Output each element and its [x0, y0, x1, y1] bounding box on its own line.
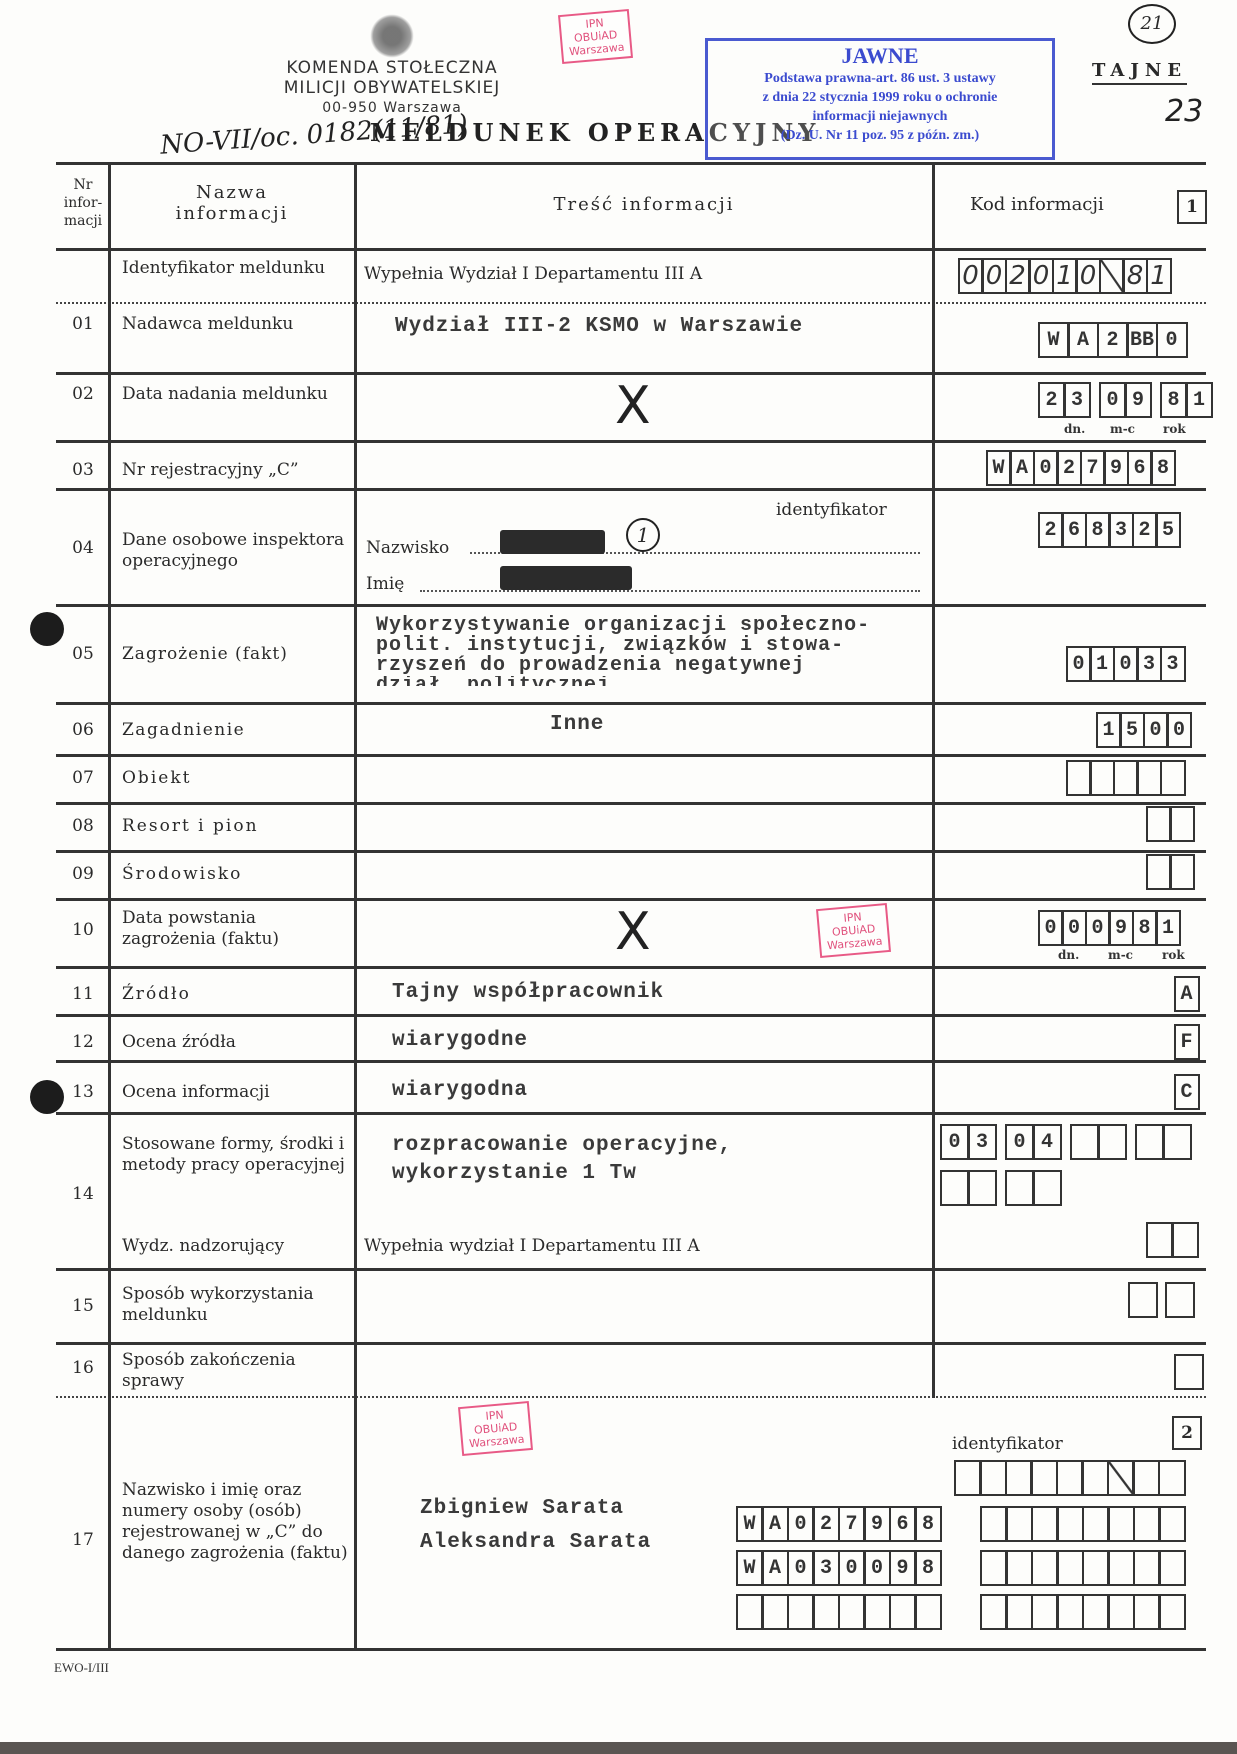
code-registration-nr: WA027968 — [988, 450, 1176, 486]
code-box: 1 — [1052, 258, 1078, 294]
code-box — [1056, 1550, 1084, 1586]
code-box — [979, 1460, 1007, 1496]
code-box: 7 — [838, 1506, 866, 1542]
code-box — [940, 1170, 970, 1206]
label-closure: Sposób zakończenia sprawy — [122, 1350, 352, 1392]
label-usage: Sposób wykorzystania meldunku — [122, 1284, 352, 1326]
code-box — [863, 1594, 891, 1630]
code-box — [1158, 1506, 1186, 1542]
code-box — [1005, 1506, 1033, 1542]
code-box: 2 — [1132, 512, 1158, 548]
code-box: 9 — [1103, 450, 1129, 486]
row-number: 05 — [58, 644, 108, 664]
content-supervising-dept: Wypełnia wydział I Departamentu III A — [364, 1236, 700, 1257]
code-box: 0 — [1143, 712, 1169, 748]
cross-mark-icon: X — [615, 906, 651, 958]
eagle-emblem-icon — [370, 14, 414, 58]
code-department — [1148, 806, 1195, 842]
month-label: m-c — [1110, 422, 1135, 436]
code-box: 5 — [1155, 512, 1181, 548]
label-issue: Zagadnienie — [122, 720, 352, 741]
code-box: 9 — [889, 1550, 917, 1586]
code-box: W — [736, 1550, 764, 1586]
day-label: dn. — [1064, 422, 1085, 436]
code-box — [1066, 760, 1092, 796]
code-box — [1056, 1506, 1084, 1542]
text-line: rzyszeń do prowadzenia negatywnej — [376, 656, 870, 676]
day-label: dn. — [1058, 948, 1079, 962]
punch-hole-icon — [30, 612, 64, 646]
row-number: 13 — [58, 1082, 108, 1102]
row-number: 08 — [58, 816, 108, 836]
year-label: rok — [1162, 948, 1185, 962]
code-box: 2 — [1056, 450, 1082, 486]
content-persons: Zbigniew Sarata Aleksandra Sarata — [420, 1492, 651, 1560]
code-box — [967, 1170, 997, 1206]
code-box — [1113, 760, 1139, 796]
code-box — [1160, 760, 1186, 796]
identifier-boxes — [956, 1460, 1186, 1496]
code-box — [889, 1594, 917, 1630]
code-box: C — [1174, 1074, 1200, 1110]
code-environment — [1148, 854, 1195, 890]
code-box — [1169, 806, 1195, 842]
code-box: 8 — [1085, 512, 1111, 548]
code-box: A — [761, 1550, 789, 1586]
content-info-rating: wiarygodna — [392, 1080, 528, 1102]
redacted-first-name — [500, 566, 632, 590]
row-number: 17 — [58, 1530, 108, 1550]
code-box — [1136, 760, 1162, 796]
code-box: 8 — [1150, 450, 1176, 486]
code-send-date: 230981 — [1040, 382, 1213, 418]
label-source-rating: Ocena źródła — [122, 1032, 352, 1053]
header-text: informacji — [110, 203, 354, 224]
code-box — [1056, 1594, 1084, 1630]
code-box: 0 — [958, 258, 984, 294]
code-box: 0 — [1166, 712, 1192, 748]
label-registration-nr: Nr rejestracyjny „C” — [122, 460, 352, 481]
label-sender: Nadawca meldunku — [122, 314, 352, 335]
form-code: EWO-I/III — [54, 1660, 109, 1676]
row-number: 06 — [58, 720, 108, 740]
header-content: Treść informacji — [356, 194, 932, 215]
code-box: 3 — [1160, 646, 1186, 682]
code-box — [1005, 1170, 1035, 1206]
row-number: 14 — [58, 1184, 108, 1204]
code-box — [1171, 1222, 1199, 1258]
label-threat: Zagrożenie (fakt) — [122, 644, 352, 665]
code-box — [761, 1594, 789, 1630]
code-box — [1107, 1550, 1135, 1586]
code-box — [1107, 1506, 1135, 1542]
stamp-line: (Dz. U. Nr 11 poz. 95 z późn. zm.) — [708, 126, 1052, 145]
code-box: F — [1174, 1024, 1200, 1060]
code-closure — [1176, 1354, 1204, 1390]
label-methods: Stosowane formy, środki i metody pracy o… — [122, 1134, 352, 1176]
code-box — [1133, 1594, 1161, 1630]
code-box — [838, 1594, 866, 1630]
stamp-line: Podstawa prawna-art. 86 ust. 3 ustawy — [708, 69, 1052, 88]
code-box: 3 — [967, 1124, 997, 1160]
code-methods: 0304 — [942, 1124, 1192, 1206]
agency-line: KOMENDA STOŁECZNA — [262, 58, 522, 78]
row-number: 12 — [58, 1032, 108, 1052]
row-number: 07 — [58, 768, 108, 788]
code-box — [1070, 1124, 1100, 1160]
row-number: 04 — [58, 538, 108, 558]
code-box — [1107, 1594, 1135, 1630]
code-box: 0 — [981, 258, 1007, 294]
code-box — [1082, 1594, 1110, 1630]
label-report-id: Identyfikator meldunku — [122, 258, 352, 279]
redacted-surname — [500, 530, 605, 554]
code-box — [1005, 1460, 1033, 1496]
label-registered-persons: Nazwisko i imię oraz numery osoby (osób)… — [122, 1480, 350, 1564]
label-environment: Środowisko — [122, 864, 352, 885]
header-text: Nr — [58, 176, 108, 194]
cross-mark-icon: X — [615, 380, 651, 432]
code-box: 6 — [1061, 512, 1087, 548]
code-box: BB — [1126, 322, 1158, 358]
month-label: m-c — [1108, 948, 1133, 962]
row-number: 03 — [58, 460, 108, 480]
code-box: 0 — [1028, 258, 1054, 294]
code-box — [1107, 1460, 1135, 1496]
circled-mark: 1 — [626, 518, 660, 552]
code-box: 8 — [1132, 910, 1158, 946]
code-box: 7 — [1080, 450, 1106, 486]
code-box: 0 — [863, 1550, 891, 1586]
code-supervising-dept — [1148, 1222, 1199, 1258]
label-source: Źródło — [122, 984, 352, 1005]
code-box: 2 — [812, 1506, 840, 1542]
label-info-rating: Ocena informacji — [122, 1082, 352, 1103]
text-line: Wykorzystywanie organizacji społeczno- — [376, 616, 870, 636]
identifier-label: identyfikator — [776, 500, 887, 521]
label-send-date: Data nadania meldunku — [122, 384, 352, 405]
identifier-label: identyfikator — [952, 1434, 1063, 1455]
code-box: 8 — [1160, 382, 1188, 418]
code-box: W — [736, 1506, 764, 1542]
first-name-label: Imię — [366, 574, 404, 595]
code-inspector: 268325 — [1040, 512, 1181, 548]
identifier-number-boxes — [982, 1506, 1186, 1638]
stamp-title: JAWNE — [708, 43, 1052, 69]
code-box: 9 — [1108, 910, 1134, 946]
code-box: 9 — [863, 1506, 891, 1542]
code-page-box: 2 — [1172, 1416, 1202, 1450]
code-box — [1030, 1460, 1058, 1496]
row-number: 10 — [58, 920, 108, 940]
code-box: A — [1174, 976, 1200, 1012]
code-box: A — [1067, 322, 1099, 358]
code-box — [914, 1594, 942, 1630]
code-box — [1132, 1460, 1160, 1496]
code-box — [812, 1594, 840, 1630]
code-source-rating: F — [1176, 1024, 1200, 1060]
label-object: Obiekt — [122, 768, 352, 789]
code-box — [1158, 1460, 1186, 1496]
code-box: 0 — [787, 1550, 815, 1586]
code-box — [1082, 1506, 1110, 1542]
code-box: 0 — [1033, 450, 1059, 486]
code-box: 3 — [812, 1550, 840, 1586]
code-box: 0 — [1005, 1124, 1035, 1160]
row-number: 11 — [58, 984, 108, 1004]
label-inspector: Dane osobowe inspektora operacyjnego — [122, 530, 352, 572]
code-box — [1162, 1124, 1192, 1160]
person-name: Aleksandra Sarata — [420, 1526, 651, 1560]
code-box: 1 — [1089, 646, 1115, 682]
code-box: 2 — [1005, 258, 1031, 294]
code-box — [1146, 806, 1172, 842]
ipn-stamp: IPN OBUiAD Warszawa — [816, 903, 891, 958]
code-box: 3 — [1063, 382, 1091, 418]
classification-label: TAJNE — [1092, 60, 1187, 85]
code-box: 0 — [838, 1550, 866, 1586]
code-box — [1089, 760, 1115, 796]
label-threat-date: Data powstania zagrożenia (faktu) — [122, 908, 352, 950]
code-box — [1133, 1550, 1161, 1586]
code-box — [1174, 1354, 1204, 1390]
text-line: dział. politycznej. — [376, 676, 870, 686]
header-name: Nazwa informacji — [110, 182, 354, 224]
code-box: 6 — [889, 1506, 917, 1542]
code-box: 2 — [1097, 322, 1129, 358]
agency-header: KOMENDA STOŁECZNA MILICJI OBYWATELSKIEJ … — [262, 58, 522, 118]
code-issue: 1500 — [1098, 712, 1192, 748]
code-box: A — [761, 1506, 789, 1542]
code-box — [736, 1594, 764, 1630]
code-box: A — [1009, 450, 1035, 486]
header-text: infor- — [58, 194, 108, 212]
code-box: 2 — [1038, 382, 1066, 418]
circled-page-number: 21 — [1128, 4, 1176, 44]
label-department: Resort i pion — [122, 816, 352, 837]
content-report-id: Wypełnia Wydział I Departamentu III A — [364, 264, 702, 285]
code-box: 8 — [914, 1506, 942, 1542]
code-box: 6 — [1127, 450, 1153, 486]
code-box: W — [1038, 322, 1070, 358]
content-source: Tajny współpracownik — [392, 982, 664, 1004]
code-box: 1 — [1096, 712, 1122, 748]
code-box: 4 — [1032, 1124, 1062, 1160]
code-box — [1031, 1506, 1059, 1542]
code-box — [1056, 1460, 1084, 1496]
code-box — [1128, 1282, 1158, 1318]
code-box — [1169, 854, 1195, 890]
code-report-id: 00201081 — [960, 258, 1172, 294]
stamp-line: informacji niejawnych — [708, 107, 1052, 126]
content-sender: Wydział III-2 KSMO w Warszawie — [395, 316, 803, 338]
header-nr: Nr infor- macji — [58, 176, 108, 230]
code-page-box: 1 — [1177, 190, 1207, 224]
code-box — [1158, 1594, 1186, 1630]
code-object — [1068, 760, 1186, 796]
code-box: 0 — [787, 1506, 815, 1542]
code-box — [980, 1550, 1008, 1586]
code-box: 0 — [940, 1124, 970, 1160]
code-box: 1 — [1185, 382, 1213, 418]
code-box: W — [986, 450, 1012, 486]
scan-edge — [0, 1742, 1237, 1754]
content-issue: Inne — [550, 714, 604, 736]
code-box — [1031, 1550, 1059, 1586]
code-info-rating: C — [1176, 1074, 1200, 1110]
code-box: 8 — [1122, 258, 1148, 294]
code-box: 0 — [1085, 910, 1111, 946]
code-box: 9 — [1124, 382, 1152, 418]
ipn-stamp: IPN OBUiAD Warszawa — [458, 1401, 533, 1456]
code-box: 8 — [914, 1550, 942, 1586]
text-line: wykorzystanie 1 Tw — [392, 1160, 732, 1188]
content-source-rating: wiarygodne — [392, 1030, 528, 1052]
code-box: 0 — [1099, 382, 1127, 418]
code-box — [787, 1594, 815, 1630]
code-box: 0 — [1113, 646, 1139, 682]
code-box: 3 — [1136, 646, 1162, 682]
registration-number-boxes: WA027968WA030098 — [738, 1506, 942, 1638]
code-box — [1133, 1506, 1161, 1542]
code-sender: WA2BB0 — [1040, 322, 1188, 358]
code-box: 0 — [1156, 322, 1188, 358]
content-methods: rozpracowanie operacyjne, wykorzystanie … — [392, 1132, 732, 1188]
code-box — [1005, 1550, 1033, 1586]
code-box: 3 — [1108, 512, 1134, 548]
code-box — [980, 1594, 1008, 1630]
handwritten-sheet-number: 23 — [1165, 94, 1203, 129]
row-number: 09 — [58, 864, 108, 884]
header-code: Kod informacji — [970, 194, 1104, 215]
code-box — [1097, 1124, 1127, 1160]
year-label: rok — [1163, 422, 1186, 436]
code-box: 0 — [1075, 258, 1101, 294]
code-box — [954, 1460, 982, 1496]
row-number: 02 — [58, 384, 108, 404]
row-number: 16 — [58, 1358, 108, 1378]
code-box: 5 — [1119, 712, 1145, 748]
content-threat: Wykorzystywanie organizacji społeczno- p… — [376, 616, 870, 686]
code-box — [1146, 1222, 1174, 1258]
code-threat: 01033 — [1068, 646, 1186, 682]
code-box: 2 — [1038, 512, 1064, 548]
text-line: rozpracowanie operacyjne, — [392, 1132, 732, 1160]
code-box — [1135, 1124, 1165, 1160]
code-box — [1081, 1460, 1109, 1496]
code-threat-date: 000981 — [1040, 910, 1181, 946]
row-number: 15 — [58, 1296, 108, 1316]
code-box: 1 — [1146, 258, 1172, 294]
code-source: A — [1176, 976, 1200, 1012]
person-name: Zbigniew Sarata — [420, 1492, 651, 1526]
row-number: 01 — [58, 314, 108, 334]
surname-label: Nazwisko — [366, 538, 449, 559]
code-box: 0 — [1061, 910, 1087, 946]
ipn-stamp: IPN OBUiAD Warszawa — [558, 9, 633, 64]
code-box — [1082, 1550, 1110, 1586]
code-box — [1032, 1170, 1062, 1206]
text-line: polit. instytucji, związków i stowa- — [376, 636, 870, 656]
code-box — [1165, 1282, 1195, 1318]
code-box: 1 — [1155, 910, 1181, 946]
label-supervising-dept: Wydz. nadzorujący — [122, 1236, 352, 1257]
header-text: macji — [58, 212, 108, 230]
code-box — [1158, 1550, 1186, 1586]
code-usage — [1130, 1282, 1195, 1318]
agency-line: MILICJI OBYWATELSKIEJ — [262, 78, 522, 98]
code-box: 0 — [1066, 646, 1092, 682]
code-box — [1005, 1594, 1033, 1630]
header-text: Nazwa — [110, 182, 354, 203]
code-box — [1146, 854, 1172, 890]
code-box — [980, 1506, 1008, 1542]
code-box: 0 — [1038, 910, 1064, 946]
declassification-stamp: JAWNE Podstawa prawna-art. 86 ust. 3 ust… — [705, 38, 1055, 160]
stamp-line: z dnia 22 stycznia 1999 roku o ochronie — [708, 88, 1052, 107]
code-box — [1031, 1594, 1059, 1630]
code-box — [1099, 258, 1125, 294]
